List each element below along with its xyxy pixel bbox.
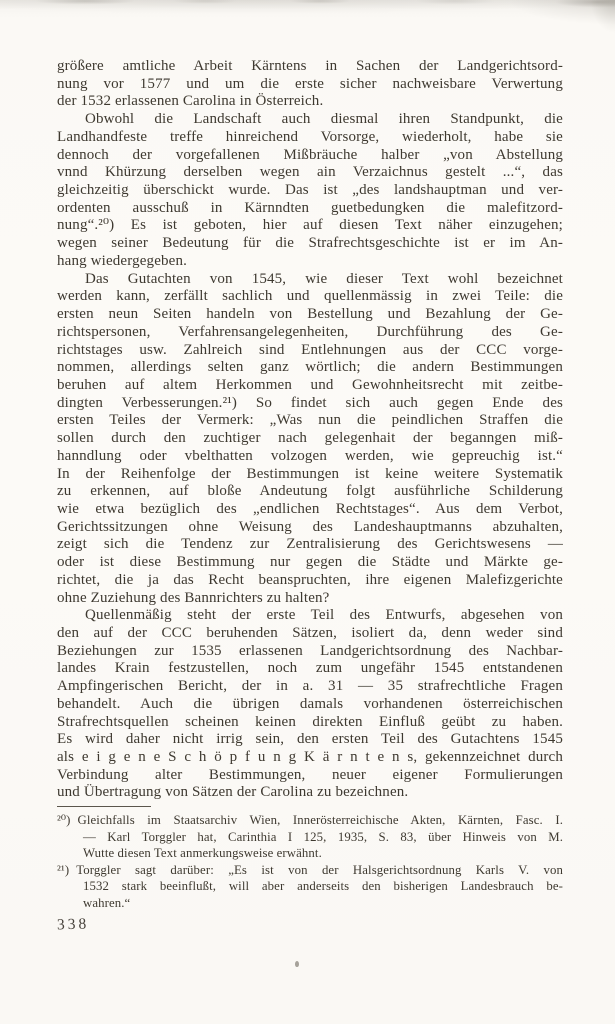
text-line: der 1532 erlassenen Carolina in Österrei…	[57, 93, 563, 111]
main-text: größere amtliche Arbeit Kärntens in Sach…	[57, 58, 563, 802]
text-line: größere amtliche Arbeit Kärntens in Sach…	[57, 58, 563, 76]
text-line: ordenten ausschuß in Kärnndten guetbedun…	[57, 200, 563, 218]
text-line: In der Reihenfolge der Bestimmungen ist …	[57, 466, 563, 484]
text-line: ersten Teiles der Vermerk: „Was nun die …	[57, 412, 563, 430]
text-line: Quellenmäßig steht der erste Teil des En…	[57, 607, 563, 625]
text-line: nung“.²⁰) Es ist geboten, hier auf diese…	[57, 217, 563, 235]
text-line: wegen seiner Bedeutung für die Strafrech…	[57, 235, 563, 253]
text-line: Es wird daher nicht irrig sein, den erst…	[57, 731, 563, 749]
footnote-separator	[57, 806, 151, 807]
book-page-scan: größere amtliche Arbeit Kärntens in Sach…	[0, 0, 615, 1024]
text-line: richtstages usw. Zahlreich sind Entlehnu…	[57, 342, 563, 360]
text-line: den auf der CCC beruhenden Sätzen, isoli…	[57, 625, 563, 643]
text-line: Beziehungen zur 1535 erlassenen Landgeri…	[57, 643, 563, 661]
footnote-first-line: ²¹)Torggler sagt darüber: „Es ist von de…	[57, 862, 563, 879]
text-line: dennoch der vorgefallenen Mißbräuche hal…	[57, 147, 563, 165]
footnote-first-line: ²⁰)Gleichfalls im Staatsarchiv Wien, Inn…	[57, 812, 563, 829]
footnote-line: 1532 stark beeinflußt, will aber anderse…	[57, 878, 563, 895]
text-line: werden kann, zerfällt sachlich und quell…	[57, 288, 563, 306]
text-line: Strafrechtsquellen scheinen keinen direk…	[57, 714, 563, 732]
text-line: hanndlung oder vbelthatten volzogen werd…	[57, 448, 563, 466]
text-line: Obwohl die Landschaft auch diesmal ihren…	[57, 111, 563, 129]
text-line: ersten neun Seiten handeln von Bestellun…	[57, 306, 563, 324]
text-line: richtet, die ja das Recht beanspruchten,…	[57, 572, 563, 590]
footnote-line: — Karl Torggler hat, Carinthia I 125, 19…	[57, 829, 563, 846]
page-number: 338	[57, 915, 90, 934]
text-line: oder ist diese Bestimmung nur gegen die …	[57, 554, 563, 572]
text-line: sollen durch den zuchtiger nach gelegenh…	[57, 430, 563, 448]
text-line: Das Gutachten von 1545, wie dieser Text …	[57, 271, 563, 289]
text-line: und Übertragung von Sätzen der Carolina …	[57, 784, 563, 802]
text-line: behandelt. Auch die übrigen damals vorha…	[57, 696, 563, 714]
text-line: vnnd Khürzung derselben wegen ain Verzai…	[57, 164, 563, 182]
footnote-marker: ²¹)	[57, 863, 69, 877]
text-line: Ampfingerischen Bericht, der in a. 31 — …	[57, 678, 563, 696]
text-line: landes Krain festzustellen, noch zum ung…	[57, 660, 563, 678]
scan-artifact-top-edge	[0, 0, 615, 9]
footnote-line: wahren.“	[57, 895, 563, 912]
text-line: nommen, allerdings selten ganz wörtlich;…	[57, 359, 563, 377]
text-line: beruhen auf altem Herkommen und Gewohnhe…	[57, 377, 563, 395]
footnotes: ²⁰)Gleichfalls im Staatsarchiv Wien, Inn…	[57, 812, 563, 912]
text-line: Gerichtssitzungen ohne Weisung des Lande…	[57, 519, 563, 537]
text-line: nung vor 1577 und um die erste sicher na…	[57, 76, 563, 94]
text-line: wie etwa bezüglich des „endlichen Rechts…	[57, 501, 563, 519]
scan-speck	[295, 961, 299, 967]
footnote-marker: ²⁰)	[57, 813, 71, 827]
text-line: zu erkennen, auf bloße Andeutung folgt a…	[57, 483, 563, 501]
text-line: Landhandfeste treffe hinreichend Vorsorg…	[57, 129, 563, 147]
text-line: dingten Verbesserungen.²¹) So findet sic…	[57, 395, 563, 413]
text-line: Verbindung alter Bestimmungen, neuer eig…	[57, 767, 563, 785]
text-line: als e i g e n e S c h ö p f u n g K ä r …	[57, 749, 563, 767]
text-line: zeigt sich die Tendenz zur Zentralisieru…	[57, 536, 563, 554]
scan-artifact-corner	[581, 0, 615, 46]
footnote-line: Wutte diesen Text anmerkungsweise erwähn…	[57, 845, 563, 862]
text-line: hang wiedergegeben.	[57, 253, 563, 271]
text-line: ohne Zuziehung des Bannrichters zu halte…	[57, 590, 563, 608]
text-line: richtspersonen, Verfahrensangelegenheite…	[57, 324, 563, 342]
text-line: gleichzeitig überschickt wurde. Das ist …	[57, 182, 563, 200]
